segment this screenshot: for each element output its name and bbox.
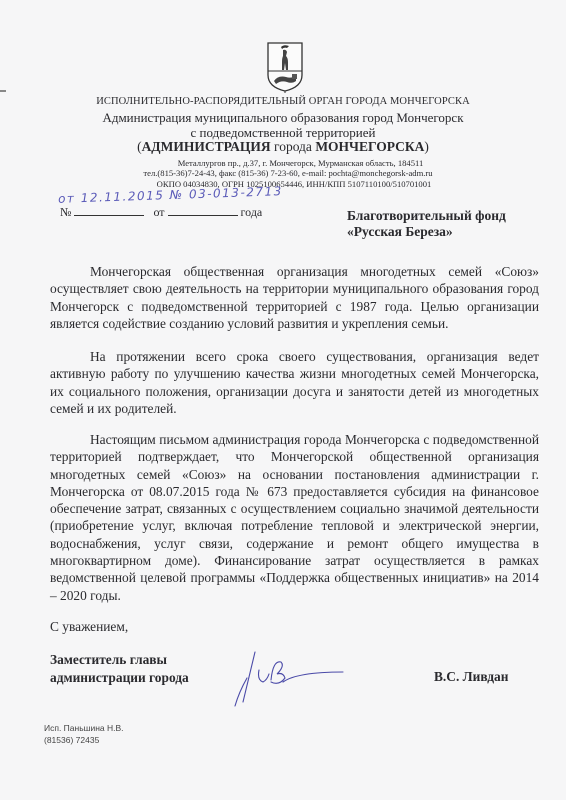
- body-paragraph-1: Мончегорская общественная организация мн…: [50, 263, 539, 332]
- short-name-line: (АДМИНИСТРАЦИЯ города МОНЧЕГОРСКА): [0, 139, 566, 155]
- executor-info: Исп. Паньшина Н.В. (81536) 72435: [44, 722, 124, 746]
- contacts-line: тел.(815-36)7-24-43, факс (815-36) 7-23-…: [0, 168, 566, 179]
- recipient-line-1: Благотворительный фонд: [347, 208, 506, 224]
- scan-margin-mark: [0, 90, 6, 92]
- executor-phone: (81536) 72435: [44, 734, 124, 746]
- short-name-bold-1: АДМИНИСТРАЦИЯ: [142, 139, 271, 154]
- admin-name-line: Администрация муниципального образования…: [0, 110, 566, 126]
- short-name-bold-2: МОНЧЕГОРСКА: [315, 139, 424, 154]
- number-label: №: [60, 205, 71, 219]
- recipient-block: Благотворительный фонд «Русская Береза»: [347, 208, 506, 240]
- org-name-line: ИСПОЛНИТЕЛЬНО-РАСПОРЯДИТЕЛЬНЫЙ ОРГАН ГОР…: [0, 96, 566, 107]
- signer-name: В.С. Ливдан: [434, 669, 508, 685]
- signer-position: Заместитель главы администрации города: [50, 651, 189, 687]
- document-number-line: № от года: [60, 205, 262, 220]
- closing-regards: С уважением,: [50, 619, 128, 635]
- number-blank: [74, 205, 144, 216]
- city-coat-of-arms-icon: [266, 41, 304, 93]
- handwritten-signature-icon: [225, 640, 355, 710]
- recipient-line-2: «Русская Береза»: [347, 224, 506, 240]
- body-paragraph-2: На протяжении всего срока своего существ…: [50, 348, 539, 417]
- registry-line: ОКПО 04034830, ОГРН 1025100654446, ИНН/К…: [0, 179, 566, 190]
- from-label: от: [153, 205, 164, 219]
- body-paragraph-3: Настоящим письмом администрация города М…: [50, 431, 539, 604]
- executor-name: Исп. Паньшина Н.В.: [44, 722, 124, 734]
- date-blank: [168, 205, 238, 216]
- year-label: года: [241, 205, 263, 219]
